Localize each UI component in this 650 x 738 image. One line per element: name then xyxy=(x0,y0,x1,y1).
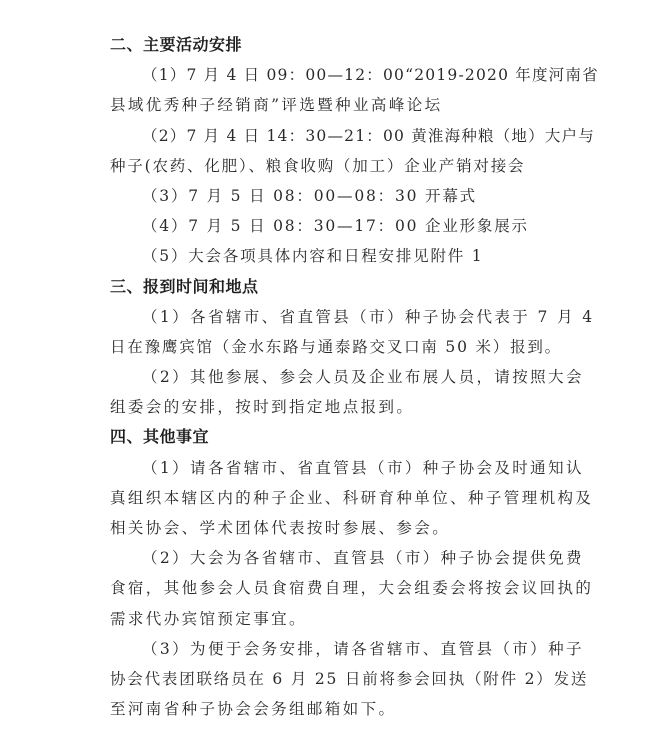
section-heading-activities: 二、主要活动安排 xyxy=(110,30,556,60)
section-heading-registration: 三、报到时间和地点 xyxy=(110,272,556,302)
paragraph-line: （1）7 月 4 日 09：00—12：00“2019-2020 年度河南省 xyxy=(110,60,556,90)
document-page: 二、主要活动安排 （1）7 月 4 日 09：00—12：00“2019-202… xyxy=(110,30,556,724)
paragraph-line: （2）7 月 4 日 14：30—21：00 黄淮海种粮（地）大户与 xyxy=(110,121,556,151)
paragraph-line: 县域优秀种子经销商”评选暨种业高峰论坛 xyxy=(110,90,556,120)
paragraph-line: （5）大会各项具体内容和日程安排见附件 1 xyxy=(110,241,556,271)
paragraph-line: 日在豫鹰宾馆（金水东路与通泰路交叉口南 50 米）报到。 xyxy=(110,332,556,362)
paragraph-line: 相关协会、学术团体代表按时参展、参会。 xyxy=(110,513,556,543)
paragraph-line: 需求代办宾馆预定事宜。 xyxy=(110,604,556,634)
paragraph-line: 食宿，其他参会人员食宿费自理，大会组委会将按会议回执的 xyxy=(110,573,556,603)
paragraph-line: 组委会的安排，按时到指定地点报到。 xyxy=(110,392,556,422)
paragraph-line: 真组织本辖区内的种子企业、科研育种单位、种子管理机构及 xyxy=(110,483,556,513)
paragraph-line: （1）各省辖市、省直管县（市）种子协会代表于 7 月 4 xyxy=(110,302,556,332)
paragraph-line: 协会代表团联络员在 6 月 25 日前将参会回执（附件 2）发送 xyxy=(110,664,556,694)
paragraph-line: （4）7 月 5 日 08：30—17：00 企业形象展示 xyxy=(110,211,556,241)
paragraph-line: （3）7 月 5 日 08：00—08：30 开幕式 xyxy=(110,181,556,211)
paragraph-line: （3）为便于会务安排，请各省辖市、直管县（市）种子 xyxy=(110,634,556,664)
paragraph-line: 至河南省种子协会会务组邮箱如下。 xyxy=(110,694,556,724)
paragraph-line: （2）大会为各省辖市、直管县（市）种子协会提供免费 xyxy=(110,543,556,573)
paragraph-line: （2）其他参展、参会人员及企业布展人员，请按照大会 xyxy=(110,362,556,392)
section-heading-other-matters: 四、其他事宜 xyxy=(110,422,556,452)
paragraph-line: 种子(农药、化肥）、粮食收购（加工）企业产销对接会 xyxy=(110,151,556,181)
paragraph-line: （1）请各省辖市、省直管县（市）种子协会及时通知认 xyxy=(110,453,556,483)
